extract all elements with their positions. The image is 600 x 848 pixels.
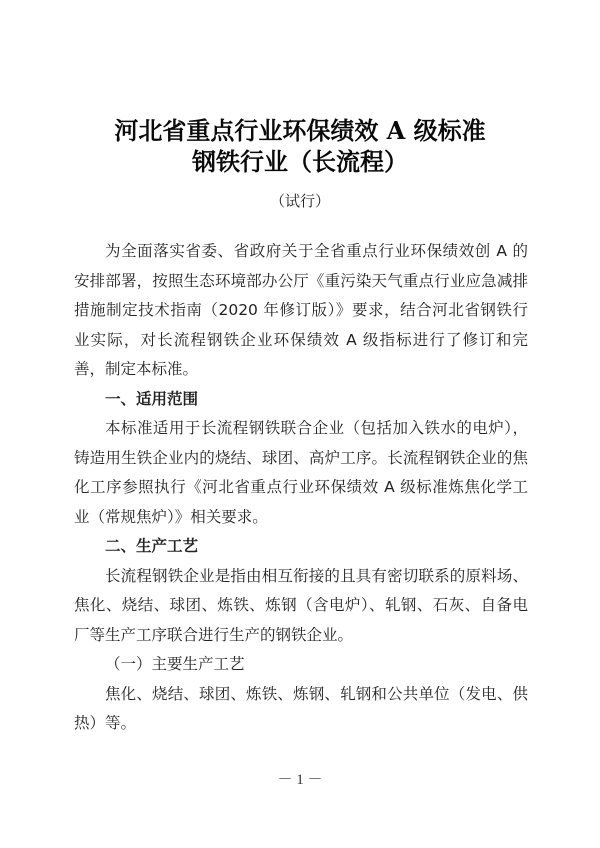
page-number: － 1 －: [0, 768, 600, 789]
section-heading-scope: 一、适用范围: [74, 385, 528, 415]
scope-paragraph: 本标准适用于长流程钢铁联合企业（包括加入铁水的电炉），铸造用生铁企业内的烧结、球…: [74, 414, 528, 532]
process-paragraph: 长流程钢铁企业是指由相互衔接的且具有密切联系的原料场、焦化、烧结、球团、炼铁、炼…: [74, 562, 528, 651]
document-subtitle: （试行）: [0, 190, 600, 212]
subsection-heading-main-process: （一）主要生产工艺: [74, 650, 528, 680]
section-heading-process: 二、生产工艺: [74, 532, 528, 562]
document-title-line1: 河北省重点行业环保绩效 A 级标准: [0, 116, 600, 146]
intro-paragraph: 为全面落实省委、省政府关于全省重点行业环保绩效创 A 的安排部署，按照生态环境部…: [74, 237, 528, 385]
document-page: 河北省重点行业环保绩效 A 级标准 钢铁行业（长流程） （试行） 为全面落实省委…: [0, 0, 600, 848]
document-body: 为全面落实省委、省政府关于全省重点行业环保绩效创 A 的安排部署，按照生态环境部…: [74, 237, 528, 739]
main-process-paragraph: 焦化、烧结、球团、炼铁、炼钢、轧钢和公共单位（发电、供热）等。: [74, 680, 528, 739]
document-title-line2: 钢铁行业（长流程）: [0, 147, 600, 177]
